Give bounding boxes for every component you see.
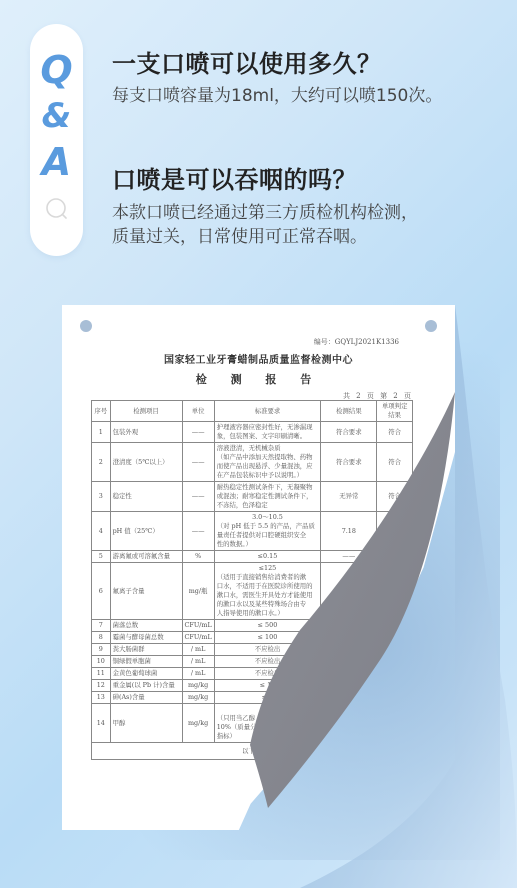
col-result: 检测结果 — [321, 401, 377, 422]
cell-no: 5 — [92, 551, 111, 563]
cell-requirement: 溶液澄清，无机械杂质（如产品中添加天然提取物、药物而使产品出现悬浮、少量混浊，应… — [214, 443, 321, 482]
cell-item: 包装外观 — [110, 422, 182, 443]
col-verdict: 单项判定结果 — [377, 401, 413, 422]
cell-unit: CFU/mL — [182, 632, 214, 644]
cell-requirement: ≤0.15 — [214, 551, 321, 563]
requirement-line: （对 pH 低于 5.5 的产品，产品质 — [217, 522, 319, 531]
requirement-line: ≤ 5 — [217, 693, 319, 702]
table-row: 3稳定性——耐热稳定性测试条件下，无凝聚物或混浊；耐寒稳定性测试条件下，不冻结，… — [92, 482, 413, 512]
report-number: 编号：GQYLJ2021K1336 — [314, 337, 399, 347]
requirement-line: ≤ — [217, 705, 319, 714]
cell-requirement: ≤ 100 — [214, 632, 321, 644]
cell-result: 7.18 — [321, 512, 377, 551]
test-report-image: 编号：GQYLJ2021K1336 国家轻工业牙膏蜡制品质量监督检测中心 检 测… — [0, 0, 517, 888]
cell-requirement: 不应检出 — [214, 656, 321, 668]
cell-requirement: 耐热稳定性测试条件下，无凝聚物或混浊；耐寒稳定性测试条件下，不冻结，色泽稳定 — [214, 482, 321, 512]
cell-result — [321, 644, 377, 656]
cell-item: 稳定性 — [110, 482, 182, 512]
cell-result: —— — [321, 551, 377, 563]
cell-item: 铜绿假单胞菌 — [110, 656, 182, 668]
requirement-line: 不应检出 — [217, 645, 319, 654]
requirement-line: 人指导使用的漱口水。） — [217, 609, 319, 618]
requirement-line: 不冻结，色泽稳定 — [217, 501, 319, 510]
cell-requirement: ≤ 5 — [214, 692, 321, 704]
table-row: 8霉菌与酵母菌总数CFU/mL≤ 100<1 — [92, 632, 413, 644]
cell-unit: % — [182, 551, 214, 563]
requirement-line: 溶液澄清，无机械杂质 — [217, 444, 319, 453]
requirement-line: 或混浊；耐寒稳定性测试条件下， — [217, 492, 319, 501]
punch-hole-right — [425, 320, 437, 332]
cell-item: 澄清度（5℃以上） — [110, 443, 182, 482]
cell-requirement: 不应检出 — [214, 644, 321, 656]
table-row: 1包装外观——护理液容器应密封性好，无渗漏现象，包装图案、文字印刷清晰。符合要求… — [92, 422, 413, 443]
requirement-line: ≤ 100 — [217, 633, 319, 642]
cell-requirement: 3.0～10.5（对 pH 低于 5.5 的产品，产品质量责任者提供对口腔硬组织… — [214, 512, 321, 551]
cell-item: 粪大肠菌群 — [110, 644, 182, 656]
cell-requirement: ≤（只用当乙醇10%（质量分数指标） — [214, 704, 321, 743]
cell-result: <10 — [321, 620, 377, 632]
cell-requirement: ≤ 500 — [214, 620, 321, 632]
cell-no: 2 — [92, 443, 111, 482]
cell-unit: mg/瓶 — [182, 563, 214, 620]
cell-item: 金黄色葡萄球菌 — [110, 668, 182, 680]
requirement-line: 性的数据。） — [217, 540, 319, 549]
report-organization: 国家轻工业牙膏蜡制品质量监督检测中心 — [62, 351, 455, 366]
cell-unit: CFU/mL — [182, 620, 214, 632]
cell-unit: —— — [182, 443, 214, 482]
table-row: 10铜绿假单胞菌/ mL不应检出 — [92, 656, 413, 668]
cell-no: 13 — [92, 692, 111, 704]
requirement-line: ≤125 — [217, 564, 319, 573]
col-no: 序号 — [92, 401, 111, 422]
cell-unit: / mL — [182, 668, 214, 680]
cell-no: 4 — [92, 512, 111, 551]
table-row: 9粪大肠菌群/ mL不应检出 — [92, 644, 413, 656]
requirement-line: 在产品包装标识中予以说明。） — [217, 471, 319, 480]
cell-item: 甲醇 — [110, 704, 182, 743]
cell-unit: / mL — [182, 644, 214, 656]
requirement-line: 3.0～10.5 — [217, 513, 319, 522]
cell-requirement: 不应检出 — [214, 668, 321, 680]
requirement-line: 象，包装图案、文字印刷清晰。 — [217, 432, 319, 441]
cell-verdict: 符合 — [377, 443, 413, 482]
cell-no: 9 — [92, 644, 111, 656]
cell-unit: —— — [182, 512, 214, 551]
cell-result: 符合要求 — [321, 443, 377, 482]
cell-no: 3 — [92, 482, 111, 512]
cell-requirement: ≤125（适用于直接销售给消费者的漱口水，不适用于在医院诊所使用的漱口水，需医生… — [214, 563, 321, 620]
cell-unit: mg/kg — [182, 680, 214, 692]
table-row: 2澄清度（5℃以上）——溶液澄清，无机械杂质（如产品中添加天然提取物、药物而使产… — [92, 443, 413, 482]
requirement-line: 耐热稳定性测试条件下，无凝聚物 — [217, 483, 319, 492]
col-unit: 单位 — [182, 401, 214, 422]
requirement-line: ≤0.15 — [217, 552, 319, 561]
cell-verdict: —— — [377, 551, 413, 563]
cell-item: 菌落总数 — [110, 620, 182, 632]
table-row: 5游离氟或可溶氟含量%≤0.15———— — [92, 551, 413, 563]
cell-unit: / mL — [182, 656, 214, 668]
table-row: 6氟离子含量mg/瓶≤125（适用于直接销售给消费者的漱口水，不适用于在医院诊所… — [92, 563, 413, 620]
cell-no: 8 — [92, 632, 111, 644]
cell-verdict: 符合 — [377, 422, 413, 443]
requirement-line: ≤ 500 — [217, 621, 319, 630]
report-title: 检 测 报 告 — [62, 371, 455, 387]
table-header-row: 序号 检测项目 单位 标准要求 检测结果 单项判定结果 — [92, 401, 413, 422]
table-row: 4pH 值（25℃）——3.0～10.5（对 pH 低于 5.5 的产品，产品质… — [92, 512, 413, 551]
cell-result: —— — [321, 563, 377, 620]
requirement-line: 不应检出 — [217, 657, 319, 666]
requirement-line: 量责任者提供对口腔硬组织安全 — [217, 531, 319, 540]
cell-no: 14 — [92, 704, 111, 743]
requirement-line: ≤ 15 — [217, 681, 319, 690]
cell-item: 重金属(以 Pb 计)含量 — [110, 680, 182, 692]
cell-result — [321, 656, 377, 668]
cell-result: <1 — [321, 632, 377, 644]
cell-unit: —— — [182, 482, 214, 512]
requirement-line: 的漱口水以及某些特殊场合由专 — [217, 600, 319, 609]
cell-unit: —— — [182, 422, 214, 443]
requirement-line: 指标） — [217, 732, 319, 741]
punch-hole-left — [80, 320, 92, 332]
cell-verdict: 符合 — [377, 512, 413, 551]
cell-item: 砷(As)含量 — [110, 692, 182, 704]
cell-item: 游离氟或可溶氟含量 — [110, 551, 182, 563]
col-item: 检测项目 — [110, 401, 182, 422]
requirement-line: 护理液容器应密封性好，无渗漏现 — [217, 423, 319, 432]
col-requirement: 标准要求 — [214, 401, 321, 422]
cell-result: 符合要求 — [321, 422, 377, 443]
requirement-line: 不应检出 — [217, 669, 319, 678]
requirement-line: 口水，不适用于在医院诊所使用的 — [217, 582, 319, 591]
cell-unit: mg/kg — [182, 704, 214, 743]
cell-result: 无异常 — [321, 482, 377, 512]
table-row: 11金黄色葡萄球菌/ mL不应检出 — [92, 668, 413, 680]
requirement-line: 10%（质量分数 — [217, 723, 319, 732]
cell-item: pH 值（25℃） — [110, 512, 182, 551]
cell-no: 10 — [92, 656, 111, 668]
cell-no: 11 — [92, 668, 111, 680]
cell-no: 12 — [92, 680, 111, 692]
cell-item: 氟离子含量 — [110, 563, 182, 620]
cell-unit: mg/kg — [182, 692, 214, 704]
requirement-line: （只用当乙醇 — [217, 714, 319, 723]
cell-no: 6 — [92, 563, 111, 620]
cell-verdict: 符合 — [377, 482, 413, 512]
cell-no: 1 — [92, 422, 111, 443]
cell-no: 7 — [92, 620, 111, 632]
requirement-line: （适用于直接销售给消费者的漱 — [217, 573, 319, 582]
requirement-line: 而使产品出现悬浮、少量混浊，应 — [217, 462, 319, 471]
cell-item: 霉菌与酵母菌总数 — [110, 632, 182, 644]
requirement-line: 漱口水，需医生开具处方才能使用 — [217, 591, 319, 600]
requirement-line: （如产品中添加天然提取物、药物 — [217, 453, 319, 462]
cell-requirement: 护理液容器应密封性好，无渗漏现象，包装图案、文字印刷清晰。 — [214, 422, 321, 443]
cell-requirement: ≤ 15 — [214, 680, 321, 692]
table-row: 7菌落总数CFU/mL≤ 500<10 — [92, 620, 413, 632]
